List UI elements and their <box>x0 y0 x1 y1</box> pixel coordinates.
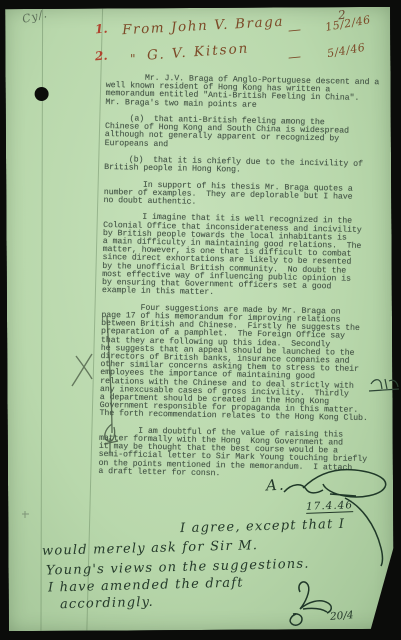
left-margin-rule <box>40 9 43 631</box>
scanned-minute-sheet: { "page": { "number": "2", "corner_mark"… <box>0 0 401 640</box>
routing-row-1-number: 1. <box>95 22 108 37</box>
minute-date: 20/4 <box>330 609 354 623</box>
hole-punch <box>35 87 49 101</box>
signature-date: 17.4.46 <box>306 499 354 514</box>
signature-initial: A. <box>266 475 287 494</box>
typed-memo-body: Mr. J.V. Braga of Anglo-Portuguese desce… <box>98 74 379 481</box>
minute-line: accordingly. <box>60 595 154 612</box>
routing-row-2-dash: — <box>287 49 301 65</box>
routing-row-1-dash: — <box>287 22 301 38</box>
routing-row-2-number: 2. <box>95 49 108 64</box>
routing-row-2-ditto-mark: " <box>130 52 136 66</box>
